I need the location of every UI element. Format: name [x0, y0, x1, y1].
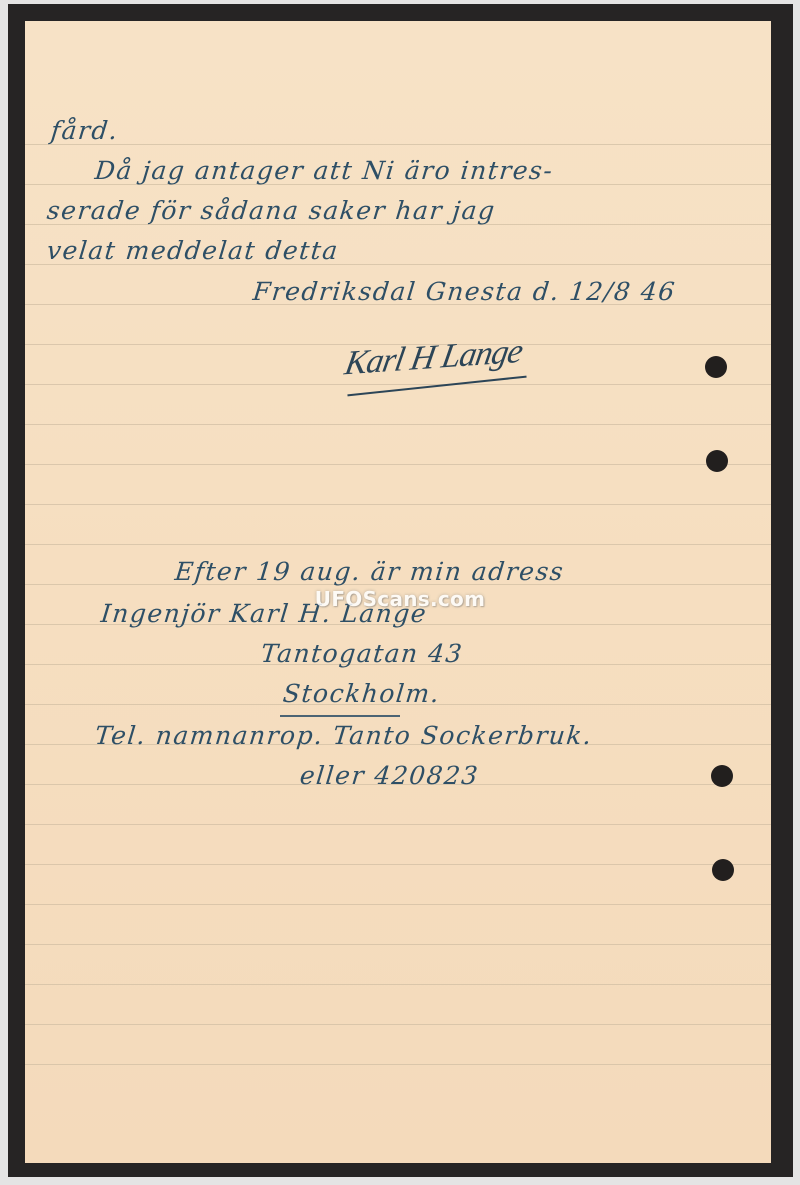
- rule-line: [25, 464, 771, 465]
- punch-hole: [712, 859, 734, 881]
- phone-line: Tel. namnanrop. Tanto Sockerbruk.: [93, 721, 594, 750]
- watermark: UFOScans.com: [0, 587, 800, 611]
- body-line-2: Då jag antager att Ni äro intres-: [93, 156, 554, 185]
- address-intro: Efter 19 aug. är min adress: [173, 557, 565, 586]
- body-line-4: velat meddelat detta: [45, 236, 340, 265]
- rule-line: [25, 544, 771, 545]
- rule-line: [25, 984, 771, 985]
- rule-line: [25, 864, 771, 865]
- rule-line: [25, 144, 771, 145]
- signature: Karl H Lange: [342, 333, 525, 384]
- address-city: Stockholm.: [281, 679, 441, 708]
- punch-hole: [711, 765, 733, 787]
- body-line-3: serade för sådana saker har jag: [45, 196, 497, 225]
- rule-line: [25, 944, 771, 945]
- city-underline: [280, 715, 400, 717]
- punch-hole: [705, 356, 727, 378]
- punch-hole: [706, 450, 728, 472]
- rule-line: [25, 424, 771, 425]
- rule-line: [25, 824, 771, 825]
- rule-line: [25, 1024, 771, 1025]
- phone-alt: eller 420823: [298, 761, 480, 790]
- rule-line: [25, 504, 771, 505]
- rule-line: [25, 1064, 771, 1065]
- body-line-1: fård.: [49, 116, 120, 145]
- place-date: Fredriksdal Gnesta d. 12/8 46: [251, 277, 677, 306]
- rule-line: [25, 904, 771, 905]
- address-street: Tantogatan 43: [259, 639, 464, 668]
- rule-line: [25, 384, 771, 385]
